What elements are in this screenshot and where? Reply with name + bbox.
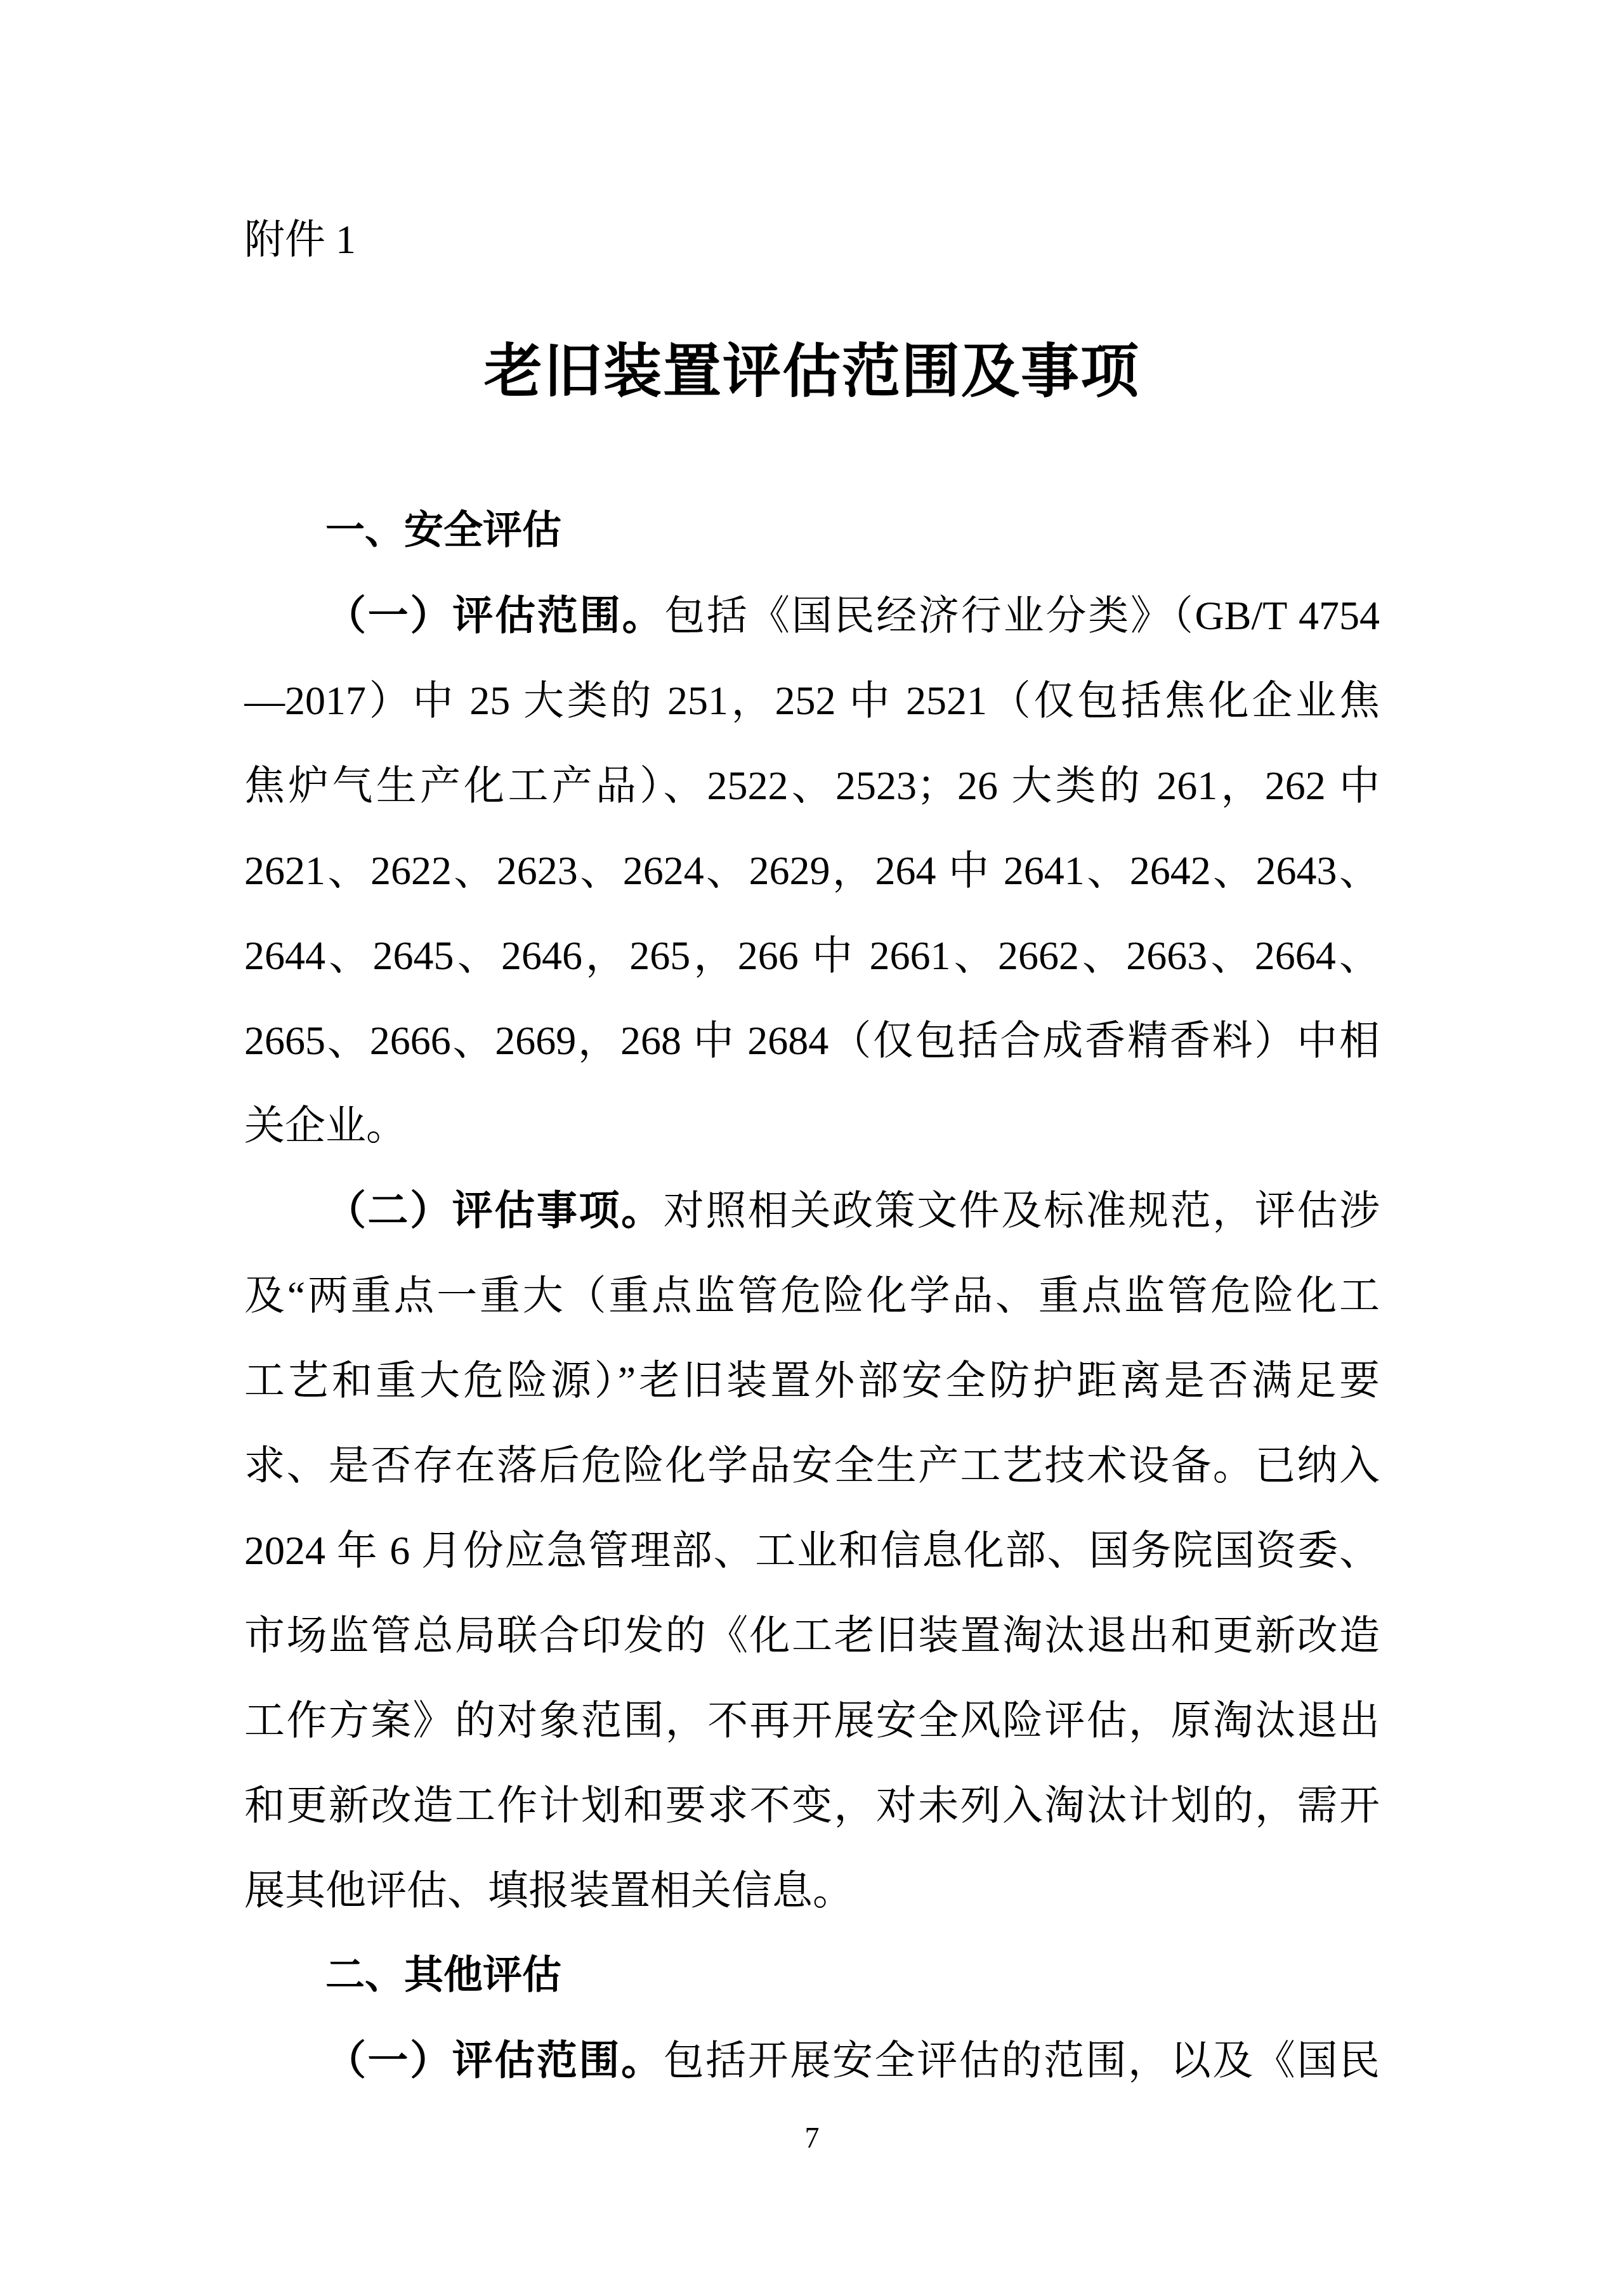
attachment-label: 附件 1: [244, 0, 1380, 264]
paragraph-text: 包括开展安全评估的范围，以及《国民: [664, 2038, 1380, 2083]
paragraph-line: （一）评估范围。包括《国民经济行业分类》（GB/T 4754: [244, 573, 1380, 658]
page-number: 7: [244, 2116, 1380, 2160]
paragraph-line: 关企业。: [244, 1083, 1380, 1168]
paragraph-line: 焦炉气生产化工产品）、2522、2523；26 大类的 261，262 中: [244, 743, 1380, 828]
paragraph-line: 展其他评估、填报装置相关信息。: [244, 1848, 1380, 1933]
paragraph-line: 工作方案》的对象范围，不再开展安全风险评估，原淘汰退出: [244, 1678, 1380, 1763]
paragraph-line: 2665、2666、2669，268 中 2684（仅包括合成香精香料）中相: [244, 998, 1380, 1083]
paragraph-line: 2644、2645、2646，265，266 中 2661、2662、2663、…: [244, 913, 1380, 998]
paragraph-lead: （一）评估范围。: [325, 2038, 664, 2083]
paragraph-lead: （二）评估事项。: [325, 1188, 664, 1233]
paragraph-line: （一）评估范围。包括开展安全评估的范围，以及《国民: [244, 2018, 1380, 2103]
paragraph-line: （二）评估事项。对照相关政策文件及标准规范，评估涉: [244, 1168, 1380, 1253]
paragraph-line: 2024 年 6 月份应急管理部、工业和信息化部、国务院国资委、: [244, 1508, 1380, 1593]
document-page: 附件 1 老旧装置评估范围及事项 一、安全评估 （一）评估范围。包括《国民经济行…: [0, 0, 1624, 2296]
paragraph-3: （一）评估范围。包括开展安全评估的范围，以及《国民: [244, 2018, 1380, 2103]
paragraph-1: （一）评估范围。包括《国民经济行业分类》（GB/T 4754 —2017）中 2…: [244, 573, 1380, 1168]
paragraph-line: 工艺和重大危险源）”老旧装置外部安全防护距离是否满足要: [244, 1338, 1380, 1423]
paragraph-line: 2621、2622、2623、2624、2629，264 中 2641、2642…: [244, 828, 1380, 913]
paragraph-line: 和更新改造工作计划和要求不变，对未列入淘汰计划的，需开: [244, 1763, 1380, 1848]
page-title: 老旧装置评估范围及事项: [244, 330, 1380, 413]
paragraph-text: 对照相关政策文件及标准规范，评估涉: [664, 1188, 1380, 1233]
paragraph-line: 市场监管总局联合印发的《化工老旧装置淘汰退出和更新改造: [244, 1593, 1380, 1678]
paragraph-line: 求、是否存在落后危险化学品安全生产工艺技术设备。已纳入: [244, 1423, 1380, 1508]
paragraph-lead: （一）评估范围。: [325, 593, 664, 638]
paragraph-line: 及“两重点一重大（重点监管危险化学品、重点监管危险化工: [244, 1253, 1380, 1338]
section-heading-2: 二、其他评估: [244, 1933, 1380, 2018]
paragraph-2: （二）评估事项。对照相关政策文件及标准规范，评估涉 及“两重点一重大（重点监管危…: [244, 1168, 1380, 1933]
paragraph-line: —2017）中 25 大类的 251，252 中 2521（仅包括焦化企业焦油、: [244, 658, 1380, 743]
document-content: 附件 1 老旧装置评估范围及事项 一、安全评估 （一）评估范围。包括《国民经济行…: [244, 0, 1380, 2160]
paragraph-text: 包括《国民经济行业分类》（GB/T 4754: [664, 593, 1380, 638]
section-heading-1: 一、安全评估: [244, 488, 1380, 573]
